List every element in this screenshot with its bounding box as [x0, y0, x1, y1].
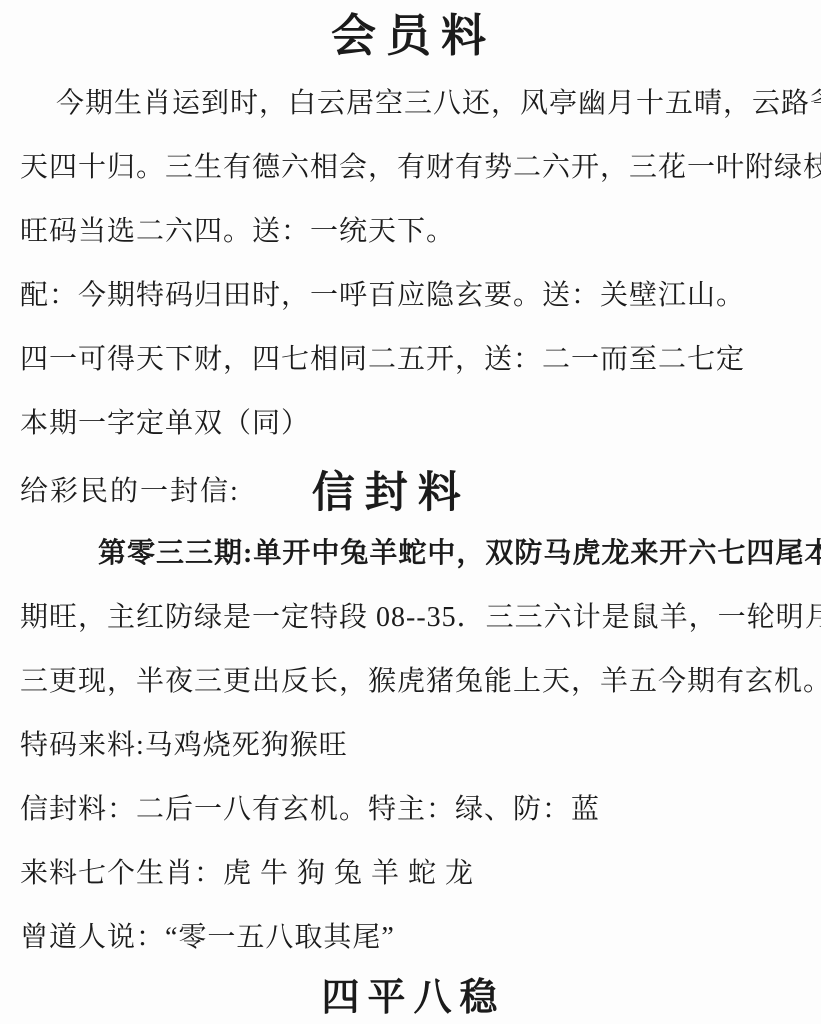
text-line: 信封料：二后一八有玄机。特主：绿、防：蓝: [20, 778, 807, 842]
envelope-section-heading: 信封料: [312, 459, 471, 520]
text-line: 来料七个生肖：虎 牛 狗 兔 羊 蛇 龙: [20, 842, 807, 906]
envelope-section: 给彩民的一封信: 信封料 第零三三期:单开中兔羊蛇中，双防马虎龙来开六七四尾本 …: [20, 456, 807, 970]
text-line: 第零三三期:单开中兔羊蛇中，双防马虎龙来开六七四尾本: [20, 522, 807, 586]
text-line: 曾道人说：“零一五八取其尾”: [20, 906, 807, 970]
text-line: 今期生肖运到时，白云居空三八还，风亭幽月十五晴，云路爷: [20, 72, 807, 136]
text-line: 三更现，半夜三更出反长，猴虎猪兔能上天，羊五今期有玄机。: [20, 650, 807, 714]
text-line: 配：今期特码归田时，一呼百应隐玄要。送：关壁江山。: [20, 264, 807, 328]
letter-intro-row: 给彩民的一封信: 信封料: [20, 456, 807, 522]
letter-intro-label: 给彩民的一封信:: [20, 469, 240, 509]
scanned-document-page: 会员料 今期生肖运到时，白云居空三八还，风亭幽月十五晴，云路爷 天四十归。三生有…: [0, 0, 821, 1024]
footer-slogan: 四平八稳: [20, 972, 807, 1024]
text-line: 特码来料:马鸡烧死狗猴旺: [20, 714, 807, 778]
text-line: 天四十归。三生有德六相会，有财有势二六开，三花一叶附绿枝，: [20, 136, 807, 200]
text-line: 本期一字定单双（同）: [20, 392, 807, 456]
text-line: 期旺，主红防绿是一定特段 08--35．三三六计是鼠羊，一轮明月: [20, 586, 807, 650]
text-line: 四一可得天下财，四七相同二五开，送：二一而至二七定: [20, 328, 807, 392]
member-section: 今期生肖运到时，白云居空三八还，风亭幽月十五晴，云路爷 天四十归。三生有德六相会…: [20, 72, 807, 456]
text-line: 旺码当选二六四。送：一统天下。: [20, 200, 807, 264]
page-title: 会员料: [20, 6, 807, 66]
